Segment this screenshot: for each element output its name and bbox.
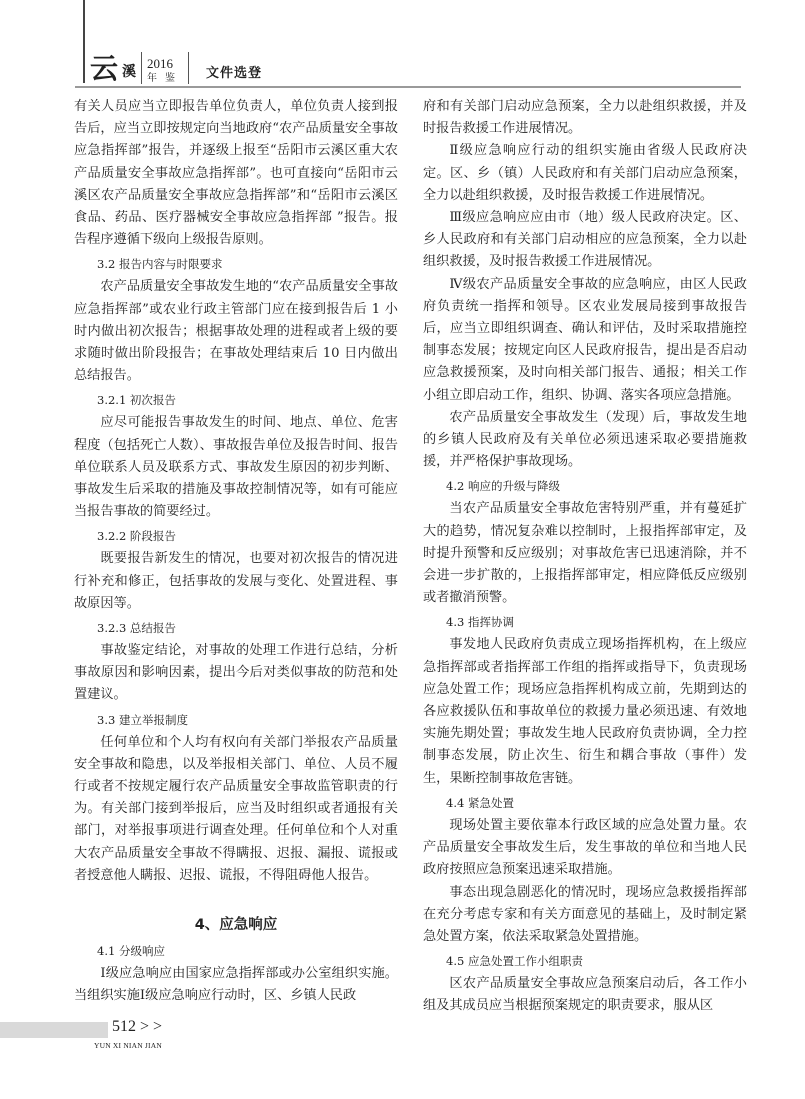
footer-bar	[0, 1022, 108, 1038]
subheading-3-2-2: 3.2.2 阶段报告	[74, 526, 398, 546]
section-title: 文件选登	[206, 62, 262, 81]
subheading-4-4: 4.4 紧急处置	[423, 793, 747, 813]
subheading-4-3: 4.3 指挥协调	[423, 612, 747, 632]
header-separator	[188, 52, 189, 84]
paragraph: 农产品质量安全事故发生（发现）后，事故发生地的乡镇人民政府及有关单位必须迅速采取…	[423, 407, 747, 474]
subheading-4-1: 4.1 分级响应	[74, 941, 398, 961]
paragraph: Ⅲ级应急响应应由市（地）级人民政府决定。区、乡人民政府和有关部门启动相应的应急预…	[423, 207, 747, 274]
left-column: 有关人员应当立即报告单位负责人，单位负责人接到报告后，应当立即按规定向当地政府“…	[74, 96, 398, 1008]
header-separator	[141, 52, 142, 84]
page-header: 云 溪 2016 年鉴 文件选登	[84, 48, 262, 84]
subheading-3-2-1: 3.2.1 初次报告	[74, 390, 398, 410]
paragraph: 应尽可能报告事故发生的时间、地点、单位、危害程度（包括死亡人数）、事故报告单位及…	[74, 412, 398, 523]
paragraph: 事故鉴定结论，对事故的处理工作进行总结，分析事故原因和影响因素，提出今后对类似事…	[74, 640, 398, 707]
paragraph: 事态出现急剧恶化的情况时，现场应急救援指挥部在充分考虑专家和有关方面意见的基础上…	[423, 882, 747, 949]
page-number: 512 > >	[112, 1018, 162, 1036]
paragraph: 区农产品质量安全事故应急预案启动后，各工作小组及其成员应当根据预案规定的职责要求…	[423, 973, 747, 1017]
subheading-4-5: 4.5 应急处置工作小组职责	[423, 951, 747, 971]
logo-char-yun: 云	[90, 54, 118, 84]
paragraph: 当农产品质量安全事故危害特别严重，并有蔓延扩大的趋势，情况复杂难以控制时，上报指…	[423, 498, 747, 609]
yearbook-label: 2016 年鉴	[147, 57, 183, 84]
paragraph: Ⅰ级应急响应由国家应急指挥部或办公室组织实施。当组织实施Ⅰ级应急响应行动时，区、…	[74, 963, 398, 1007]
logo-char-xi: 溪	[122, 61, 136, 81]
footer-yearbook-en: YUN XI NIAN JIAN	[94, 1041, 162, 1050]
paragraph: 现场处置主要依靠本行政区域的应急处置力量。农产品质量安全事故发生后，发生事故的单…	[423, 815, 747, 882]
subheading-3-3: 3.3 建立举报制度	[74, 710, 398, 730]
paragraph: 有关人员应当立即报告单位负责人，单位负责人接到报告后，应当立即按规定向当地政府“…	[74, 96, 398, 251]
year: 2016	[147, 57, 173, 70]
subheading-3-2-3: 3.2.3 总结报告	[74, 618, 398, 638]
right-column: 府和有关部门启动应急预案，全力以赴组织救援，并及时报告救援工作进展情况。 Ⅱ级应…	[423, 96, 747, 1018]
paragraph: 农产品质量安全事故发生地的“农产品质量安全事故应急指挥部”或农业行政主管部门应在…	[74, 276, 398, 387]
header-rule	[75, 86, 741, 88]
paragraph: Ⅱ级应急响应行动的组织实施由省级人民政府决定。区、乡（镇）人民政府和有关部门启动…	[423, 140, 747, 207]
paragraph: 事发地人民政府负责成立现场指挥机构，在上级应急指挥部或者指挥部工作组的指挥或指导…	[423, 634, 747, 789]
paragraph: 任何单位和个人均有权向有关部门举报农产品质量安全事故和隐患，以及举报相关部门、单…	[74, 732, 398, 887]
yearbook-text: 年鉴	[147, 74, 183, 84]
paragraph: 府和有关部门启动应急预案，全力以赴组织救援，并及时报告救援工作进展情况。	[423, 96, 747, 140]
subheading-4-2: 4.2 响应的升级与降级	[423, 476, 747, 496]
section-heading-4: 4、应急响应	[74, 913, 398, 937]
paragraph: Ⅳ级农产品质量安全事故的应急响应，由区人民政府负责统一指挥和领导。区农业发展局接…	[423, 274, 747, 407]
paragraph: 既要报告新发生的情况，也要对初次报告的情况进行补充和修正，包括事故的发展与变化、…	[74, 548, 398, 615]
subheading-3-2: 3.2 报告内容与时限要求	[74, 254, 398, 274]
